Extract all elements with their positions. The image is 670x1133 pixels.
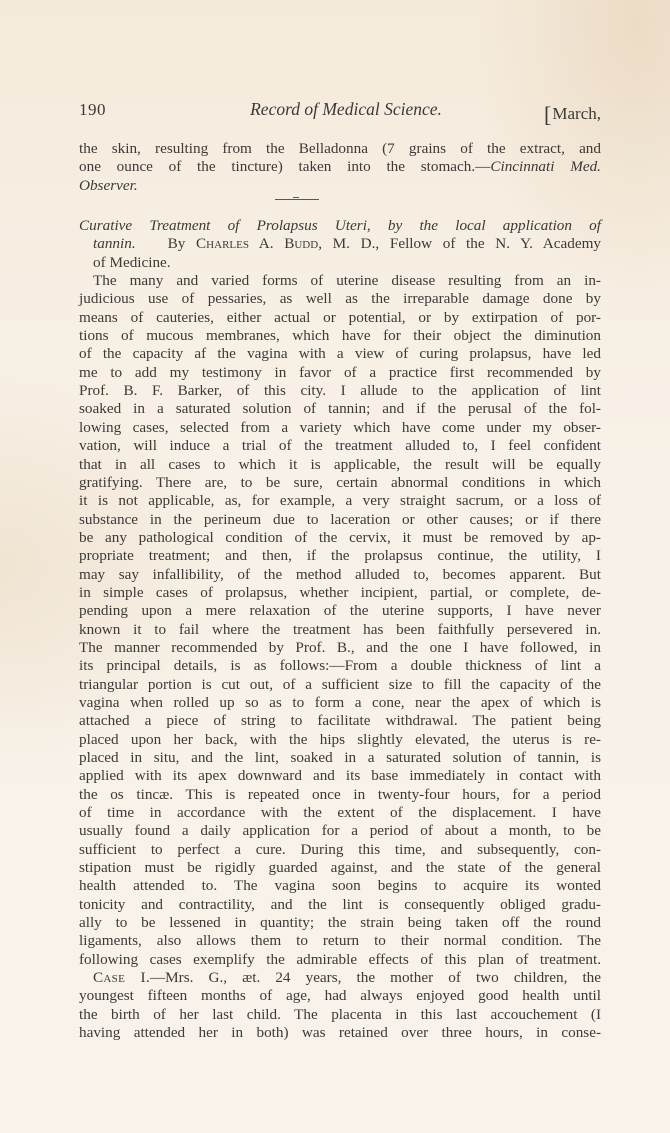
text-line: having attended her in both) was retaine… [79, 1024, 601, 1042]
text-line: stipation must be rigidly guarded agains… [79, 859, 601, 877]
text-line: the skin, resulting from the Belladonna … [79, 140, 601, 158]
author-name: Charles A. Budd [196, 235, 318, 252]
text-line: gratifying. There are, to be sure, certa… [79, 474, 601, 492]
text-line: the os tincæ. This is repeated once in t… [79, 786, 601, 804]
text-line: of the capacity af the vagina with a vie… [79, 345, 601, 363]
article-byline: tannin. By Charles A. Budd, M. D., Fello… [79, 235, 601, 253]
text-line: Case I.—Mrs. G., æt. 24 years, the mothe… [79, 969, 601, 987]
text-line: its principal details, is as follows:—Fr… [79, 657, 601, 675]
divider-ornament [293, 197, 299, 198]
text-line: be any pathological condition of the cer… [79, 529, 601, 547]
bracket-glyph: [ [544, 102, 551, 127]
text-line: substance in the perineum due to lacerat… [79, 511, 601, 529]
text-line: known it to fail where the treatment has… [79, 621, 601, 639]
document-page: 190 Record of Medical Science. [March, t… [79, 98, 601, 1043]
text-line: judicious use of pessaries, as well as t… [79, 290, 601, 308]
text-line: placed in situ, and the lint, soaked in … [79, 749, 601, 767]
preceding-article-tail: the skin, resulting from the Belladonna … [79, 140, 601, 195]
running-title: Record of Medical Science. [79, 99, 601, 120]
text-line: usually found a daily application for a … [79, 822, 601, 840]
text-line: vation, will induce a trial of the treat… [79, 437, 601, 455]
text-line: means of cauteries, either actual or pot… [79, 309, 601, 327]
article-title: Curative Treatment of Prolapsus Uteri, b… [79, 217, 601, 235]
text-span: one ounce of the tincture) taken into th… [79, 158, 490, 175]
text-line: following cases exemplify the admirable … [79, 951, 601, 969]
source-citation-continued: Observer. [79, 177, 138, 194]
text-line: me to add my testimony in favor of a pra… [79, 364, 601, 382]
text-line: lowing cases, selected from a variety wh… [79, 419, 601, 437]
author-credentials: , M. D., Fellow of the N. Y. Academy [318, 235, 601, 252]
text-line: it is not applicable, as, for example, a… [79, 492, 601, 510]
text-line: ally to be lessened in quantity; the str… [79, 914, 601, 932]
divider-rule [275, 199, 319, 200]
text-line: tonicity and contractility, and the lint… [79, 896, 601, 914]
case-1-paragraph: Case I.—Mrs. G., æt. 24 years, the mothe… [79, 969, 601, 1042]
text-line: The manner recommended by Prof. B., and … [79, 639, 601, 657]
text-span: —Mrs. G., æt. 24 years, the mother of tw… [150, 969, 601, 986]
running-date: [March, [544, 99, 601, 125]
page-body: the skin, resulting from the Belladonna … [79, 140, 601, 1043]
source-citation: Cincinnati Med. [490, 158, 601, 175]
text-line: ligaments, also allows them to return to… [79, 932, 601, 950]
text-line: health attended to. The vagina soon begi… [79, 877, 601, 895]
case-label: Case I. [93, 969, 150, 986]
paragraph-1: The many and varied forms of uterine dis… [79, 272, 601, 969]
text-line: youngest fifteen months of age, had alwa… [79, 987, 601, 1005]
text-line: propriate treatment; and then, if the pr… [79, 547, 601, 565]
text-line: in simple cases of prolapsus, whether in… [79, 584, 601, 602]
text-line: sufficient to perfect a cure. During thi… [79, 841, 601, 859]
text-line: The many and varied forms of uterine dis… [79, 272, 601, 290]
text-line: may say infallibility, of the method all… [79, 566, 601, 584]
text-line: the birth of her last child. The placent… [79, 1006, 601, 1024]
text-line: placed upon her back, with the hips slig… [79, 731, 601, 749]
text-line: that in all cases to which it is applica… [79, 456, 601, 474]
text-line: of time in accordance with the extent of… [79, 804, 601, 822]
text-line: one ounce of the tincture) taken into th… [79, 158, 601, 176]
text-line: applied with its apex downward and its b… [79, 767, 601, 785]
article: Curative Treatment of Prolapsus Uteri, b… [79, 217, 601, 1042]
running-header: 190 Record of Medical Science. [March, [79, 98, 601, 122]
byline-by: By [168, 235, 186, 252]
month-label: March, [552, 104, 601, 123]
text-line: Prof. B. F. Barker, of this city. I allu… [79, 382, 601, 400]
section-divider [79, 195, 601, 217]
article-title-end: tannin. [93, 235, 136, 252]
text-line: Observer. [79, 177, 601, 195]
text-line: triangular portion is cut out, of a suff… [79, 676, 601, 694]
text-line: pending upon a mere relaxation of the ut… [79, 602, 601, 620]
author-affiliation: of Medicine. [79, 254, 601, 272]
text-line: attached a piece of string to facilitate… [79, 712, 601, 730]
text-line: tions of mucous membranes, which have fo… [79, 327, 601, 345]
text-line: vagina when rolled up so as to form a co… [79, 694, 601, 712]
text-line: soaked in a saturated solution of tannin… [79, 400, 601, 418]
